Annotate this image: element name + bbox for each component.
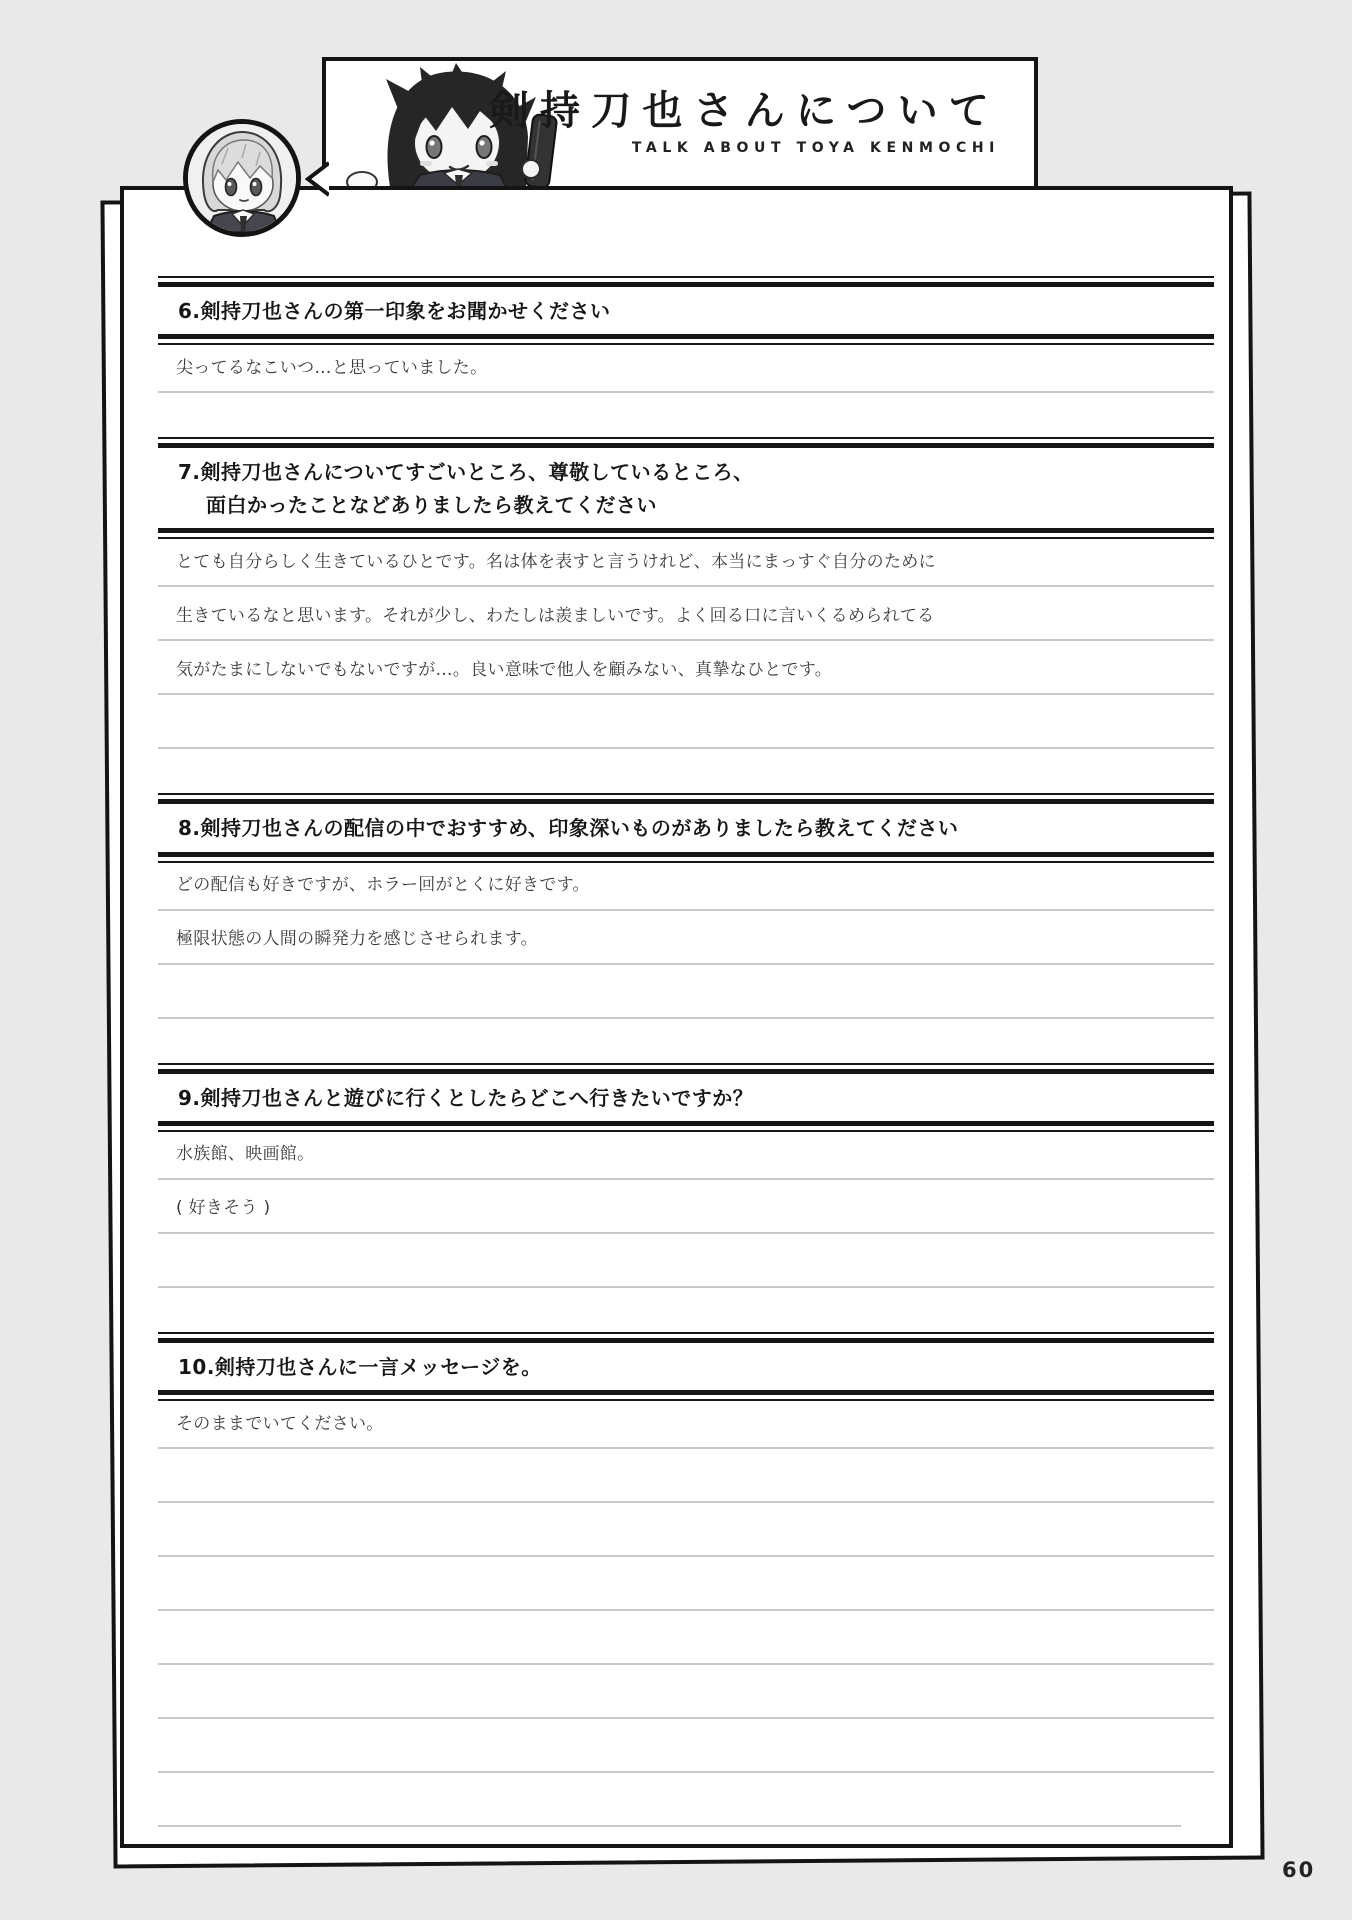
page-number: 60 [1282, 1858, 1315, 1882]
question-text: 8.剣持刀也さんの配信の中でおすすめ、印象深いものがありましたら教えてください [178, 812, 1204, 844]
answer-line: 極限状態の人間の瞬発力を感じさせられます。 [158, 911, 1214, 965]
answer-text: 水族館、映画館。 [176, 1139, 314, 1164]
header-banner: 剣持刀也さんについて TALK ABOUT TOYA KENMOCHI [322, 57, 1038, 190]
answer-line: ( 好きそう ) [158, 1180, 1214, 1234]
speech-bubble-notch [305, 161, 329, 197]
empty-ruled-line [158, 1234, 1214, 1288]
empty-ruled-line [158, 965, 1214, 1019]
questionnaire-page: 6.剣持刀也さんの第一印象をお聞かせください尖ってるなこいつ…と思っていました。… [120, 186, 1233, 1848]
empty-ruled-line [158, 695, 1214, 749]
question-section-q9: 9.剣持刀也さんと遊びに行くとしたらどこへ行きたいですか？水族館、映画館。( 好… [158, 1069, 1214, 1288]
question-section-q10: 10.剣持刀也さんに一言メッセージを。そのままでいてください。 [158, 1338, 1214, 1827]
answer-text: 尖ってるなこいつ…と思っていました。 [176, 353, 487, 378]
question-section-q8: 8.剣持刀也さんの配信の中でおすすめ、印象深いものがありましたら教えてくださいど… [158, 799, 1214, 1018]
empty-ruled-line [158, 1773, 1181, 1827]
question-header: 8.剣持刀也さんの配信の中でおすすめ、印象深いものがありましたら教えてください [158, 799, 1214, 856]
answer-line: 気がたまにしないでもないですが…。良い意味で他人を顧みない、真摯なひとです。 [158, 641, 1214, 695]
answer-text: 生きているなと思います。それが少し、わたしは羨ましいです。よく回る口に言いくるめ… [176, 601, 934, 626]
answer-line: 水族館、映画館。 [158, 1126, 1214, 1180]
answer-line: 尖ってるなこいつ…と思っていました。 [158, 339, 1214, 393]
interviewer-chibi-face [188, 124, 296, 232]
question-text: 9.剣持刀也さんと遊びに行くとしたらどこへ行きたいですか？ [178, 1082, 1204, 1114]
answer-line: どの配信も好きですが、ホラー回がとくに好きです。 [158, 857, 1214, 911]
page-subtitle: TALK ABOUT TOYA KENMOCHI [632, 140, 1000, 156]
question-header: 6.剣持刀也さんの第一印象をお聞かせください [158, 282, 1214, 339]
empty-ruled-line [158, 1665, 1214, 1719]
answer-line: 生きているなと思います。それが少し、わたしは羨ましいです。よく回る口に言いくるめ… [158, 587, 1214, 641]
questionnaire-content: 6.剣持刀也さんの第一印象をお聞かせください尖ってるなこいつ…と思っていました。… [158, 282, 1214, 1877]
header-banner-inner: 剣持刀也さんについて TALK ABOUT TOYA KENMOCHI [326, 61, 1034, 186]
answer-line: そのままでいてください。 [158, 1395, 1214, 1449]
interviewer-chibi-avatar [183, 119, 301, 237]
answer-text: とても自分らしく生きているひとです。名は体を表すと言うけれど、本当にまっすぐ自分… [176, 547, 936, 572]
question-text: 10.剣持刀也さんに一言メッセージを。 [178, 1351, 1204, 1383]
answer-text: 気がたまにしないでもないですが…。良い意味で他人を顧みない、真摯なひとです。 [176, 655, 832, 680]
question-section-q6: 6.剣持刀也さんの第一印象をお聞かせください尖ってるなこいつ…と思っていました。 [158, 282, 1214, 393]
question-header: 7.剣持刀也さんについてすごいところ、尊敬しているところ、面白かったことなどあり… [158, 443, 1214, 533]
question-text: 面白かったことなどありましたら教えてください [178, 489, 1204, 521]
empty-ruled-line [158, 1503, 1214, 1557]
answer-text: そのままでいてください。 [176, 1409, 384, 1434]
question-header: 9.剣持刀也さんと遊びに行くとしたらどこへ行きたいですか？ [158, 1069, 1214, 1126]
answer-text: どの配信も好きですが、ホラー回がとくに好きです。 [176, 870, 590, 895]
empty-ruled-line [158, 1719, 1214, 1773]
answer-text: 極限状態の人間の瞬発力を感じさせられます。 [176, 924, 538, 949]
empty-ruled-line [158, 1611, 1214, 1665]
question-section-q7: 7.剣持刀也さんについてすごいところ、尊敬しているところ、面白かったことなどあり… [158, 443, 1214, 749]
page-title: 剣持刀也さんについて [489, 79, 1000, 136]
answer-line: とても自分らしく生きているひとです。名は体を表すと言うけれど、本当にまっすぐ自分… [158, 533, 1214, 587]
question-text: 6.剣持刀也さんの第一印象をお聞かせください [178, 295, 1204, 327]
question-header: 10.剣持刀也さんに一言メッセージを。 [158, 1338, 1214, 1395]
empty-ruled-line [158, 1557, 1214, 1611]
answer-text: ( 好きそう ) [176, 1193, 270, 1218]
question-text: 7.剣持刀也さんについてすごいところ、尊敬しているところ、 [178, 456, 1204, 488]
empty-ruled-line [158, 1449, 1214, 1503]
